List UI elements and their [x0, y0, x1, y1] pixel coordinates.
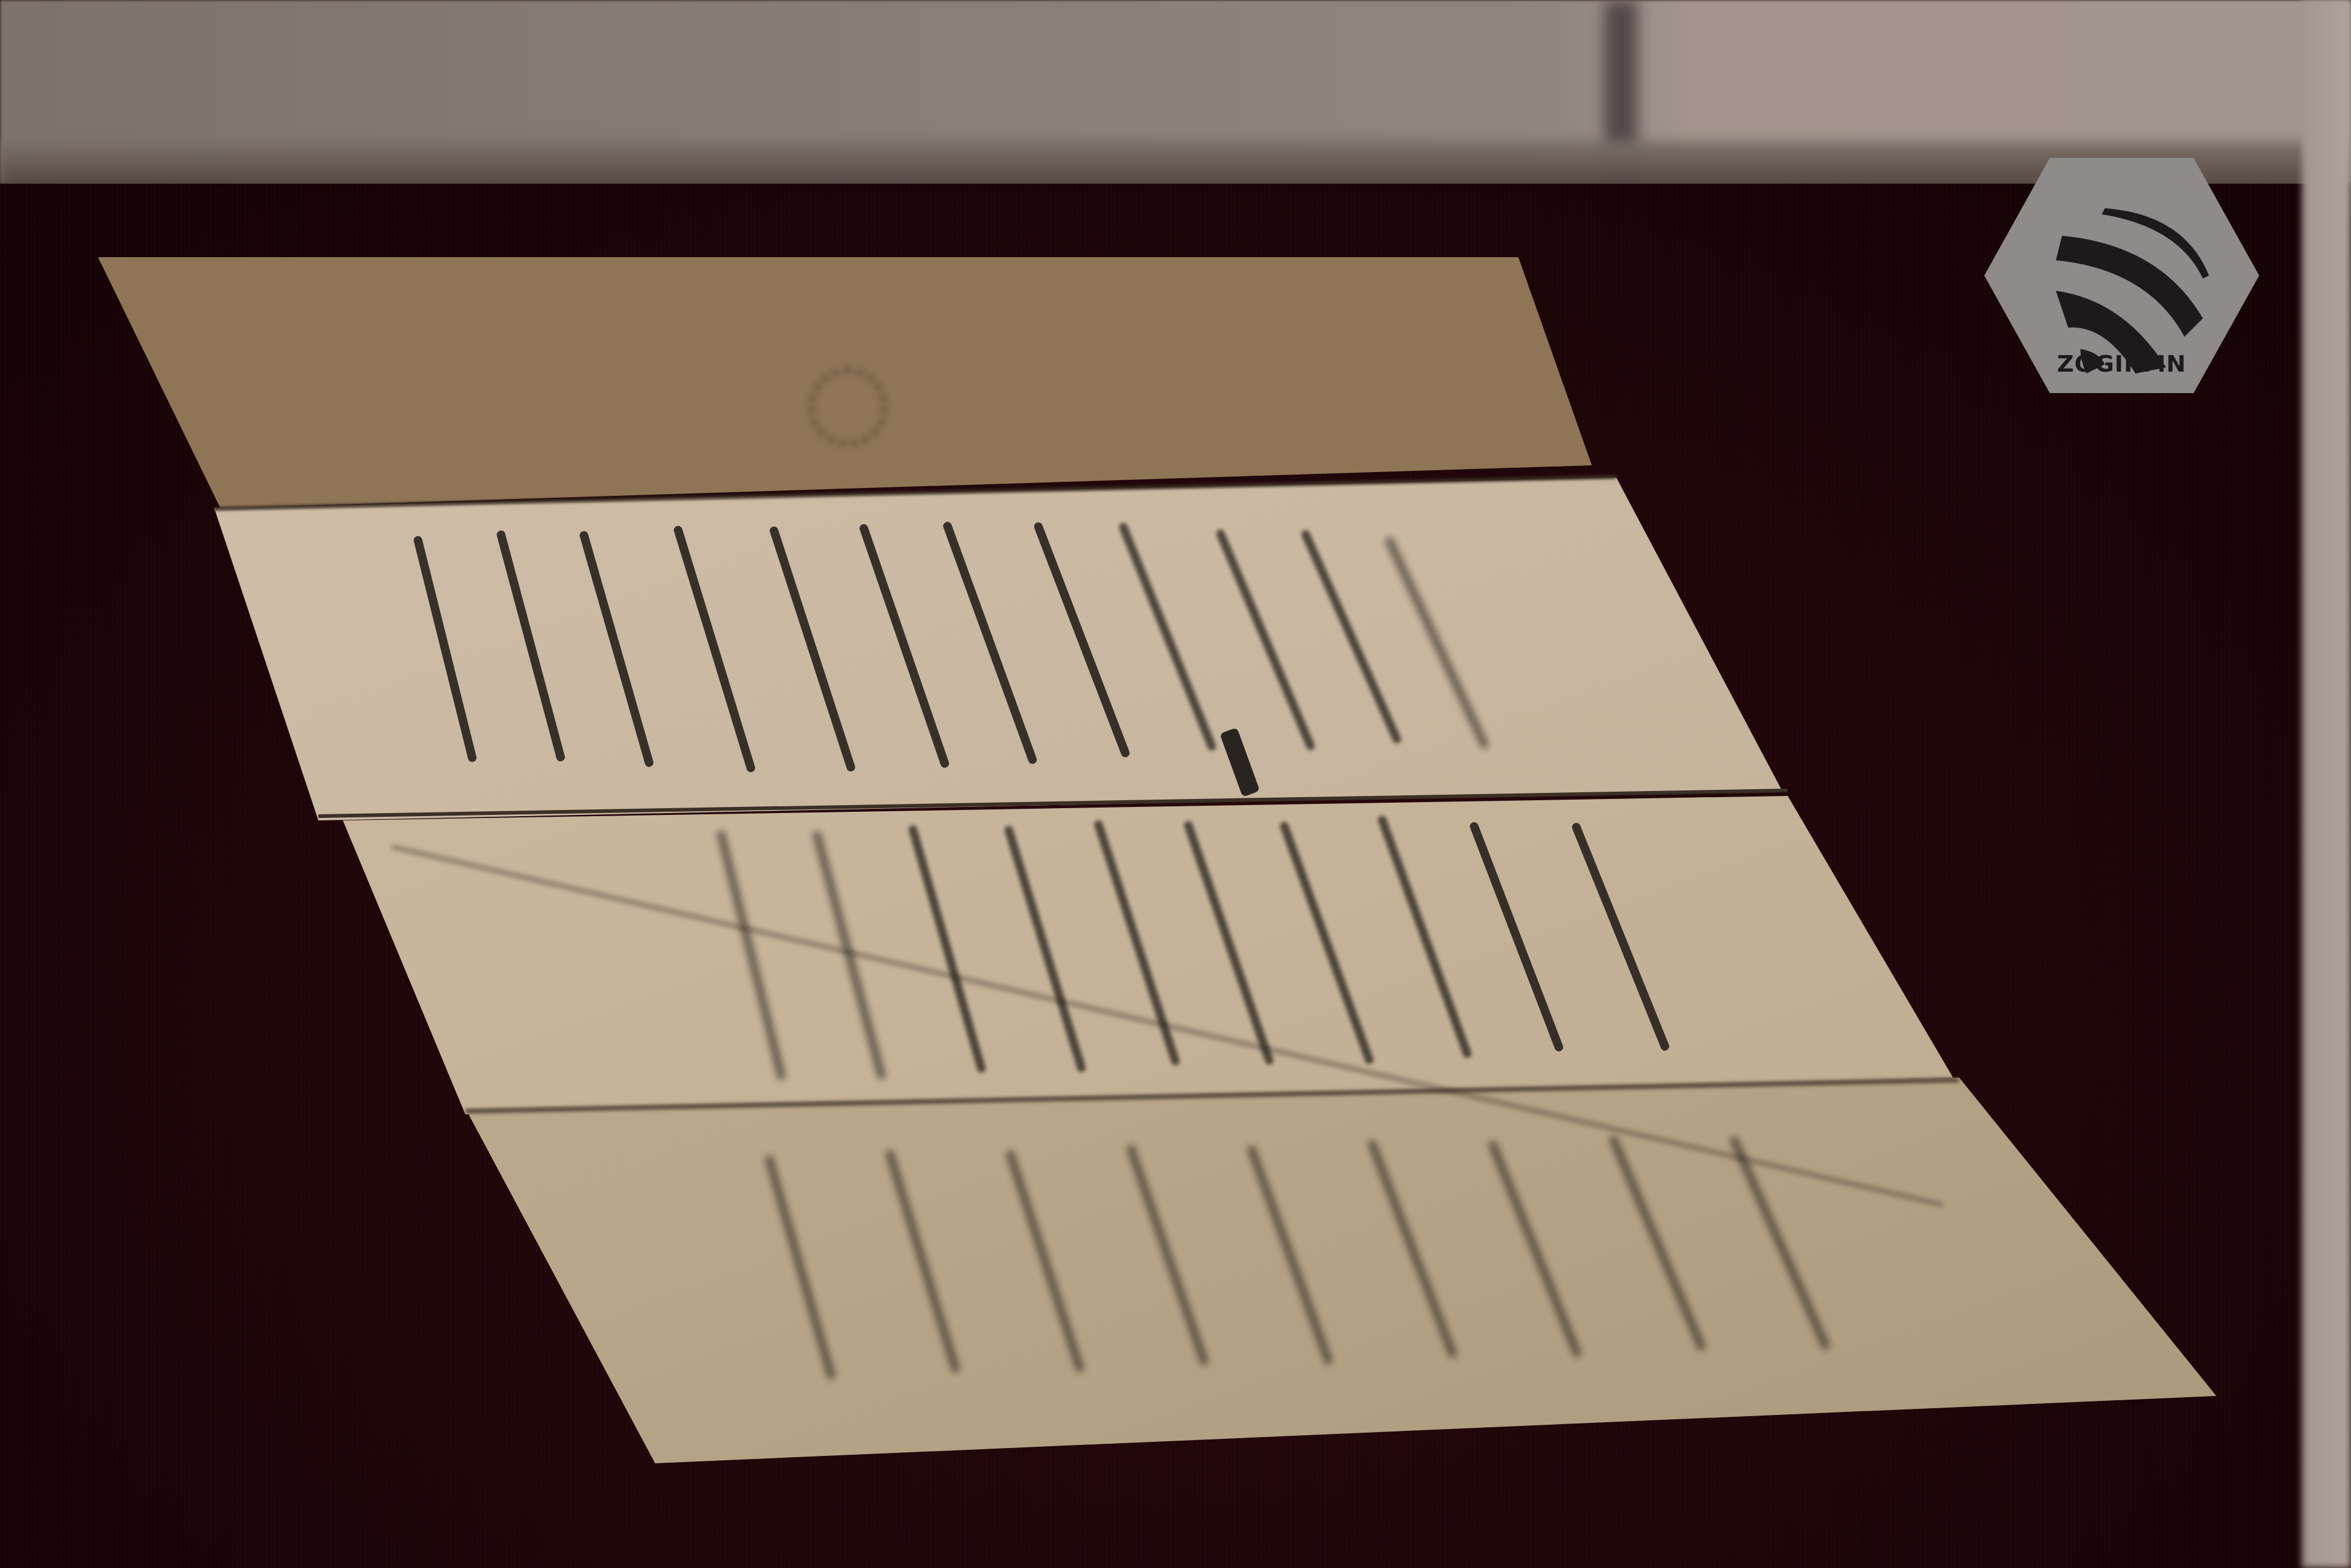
photo-scene: ZOGII.MN [0, 0, 2351, 1568]
watermark-logo: ZOGII.MN [1982, 153, 2261, 398]
manuscript-symbol [808, 367, 888, 447]
watermark-text: ZOGII.MN [1982, 350, 2261, 377]
